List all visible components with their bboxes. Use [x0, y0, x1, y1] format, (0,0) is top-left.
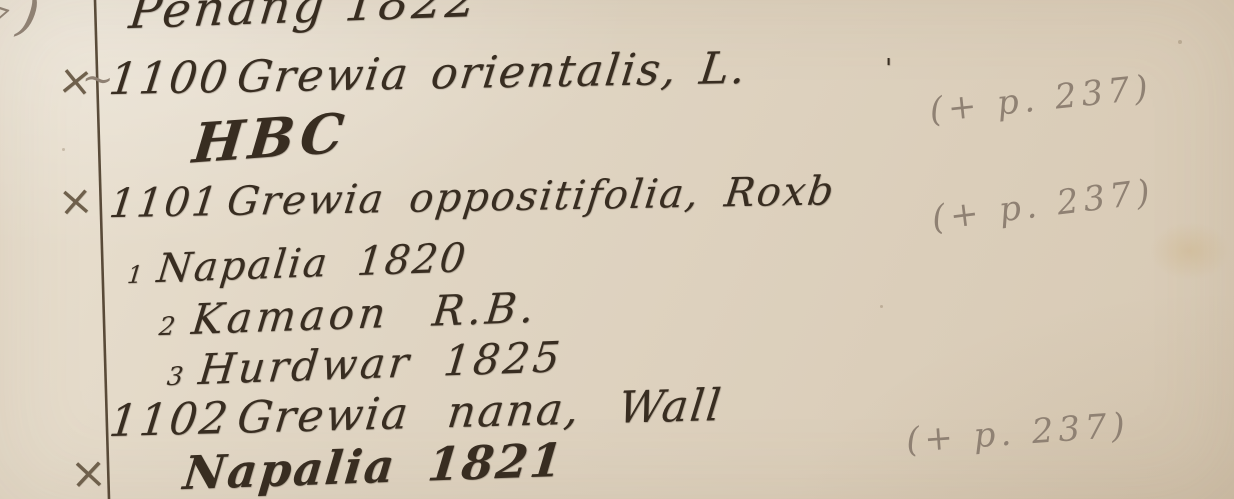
- locality-text: Hurdwar 1825: [197, 336, 565, 391]
- manuscript-page: 7 ) Penang 1822 × ~ 1100 Grewia oriental…: [0, 0, 1234, 499]
- locality-index: 3: [166, 363, 188, 389]
- entry-number: 1102: [107, 397, 232, 444]
- margin-cross-mark-1102: ×: [69, 451, 107, 496]
- entry-number: 1101: [107, 182, 222, 224]
- paper-stain: [1150, 222, 1230, 280]
- locality-line-napalia-1821: Napalia 1821: [181, 437, 566, 496]
- herbarium-note-hbc: HBC: [190, 105, 351, 170]
- locality-index: 1: [126, 262, 146, 287]
- entry-number: 1100: [107, 56, 232, 102]
- locality-text: Napalia 1820: [155, 238, 469, 289]
- margin-cross-mark-1101: ×: [57, 179, 95, 223]
- paper-speck: [880, 305, 883, 308]
- species-name: Grewia nana, Wall: [235, 384, 725, 441]
- locality-line-napalia-1820: 1 Napalia 1820: [126, 238, 470, 290]
- paper-speck: [62, 148, 65, 151]
- species-name: Grewia orientalis, L.: [235, 47, 750, 100]
- species-name: Grewia oppositifolia, Roxb: [225, 171, 838, 222]
- locality-index: 2: [158, 313, 181, 339]
- paper-speck: [1178, 40, 1182, 44]
- locality-text: Kamaon R.B.: [190, 287, 540, 341]
- entry-line-1101: 1101 Grewia oppositifolia, Roxb: [107, 171, 838, 224]
- entry-line-1100: 1100 Grewia orientalis, L.: [107, 47, 750, 102]
- ink-tick-mark: ': [885, 56, 892, 82]
